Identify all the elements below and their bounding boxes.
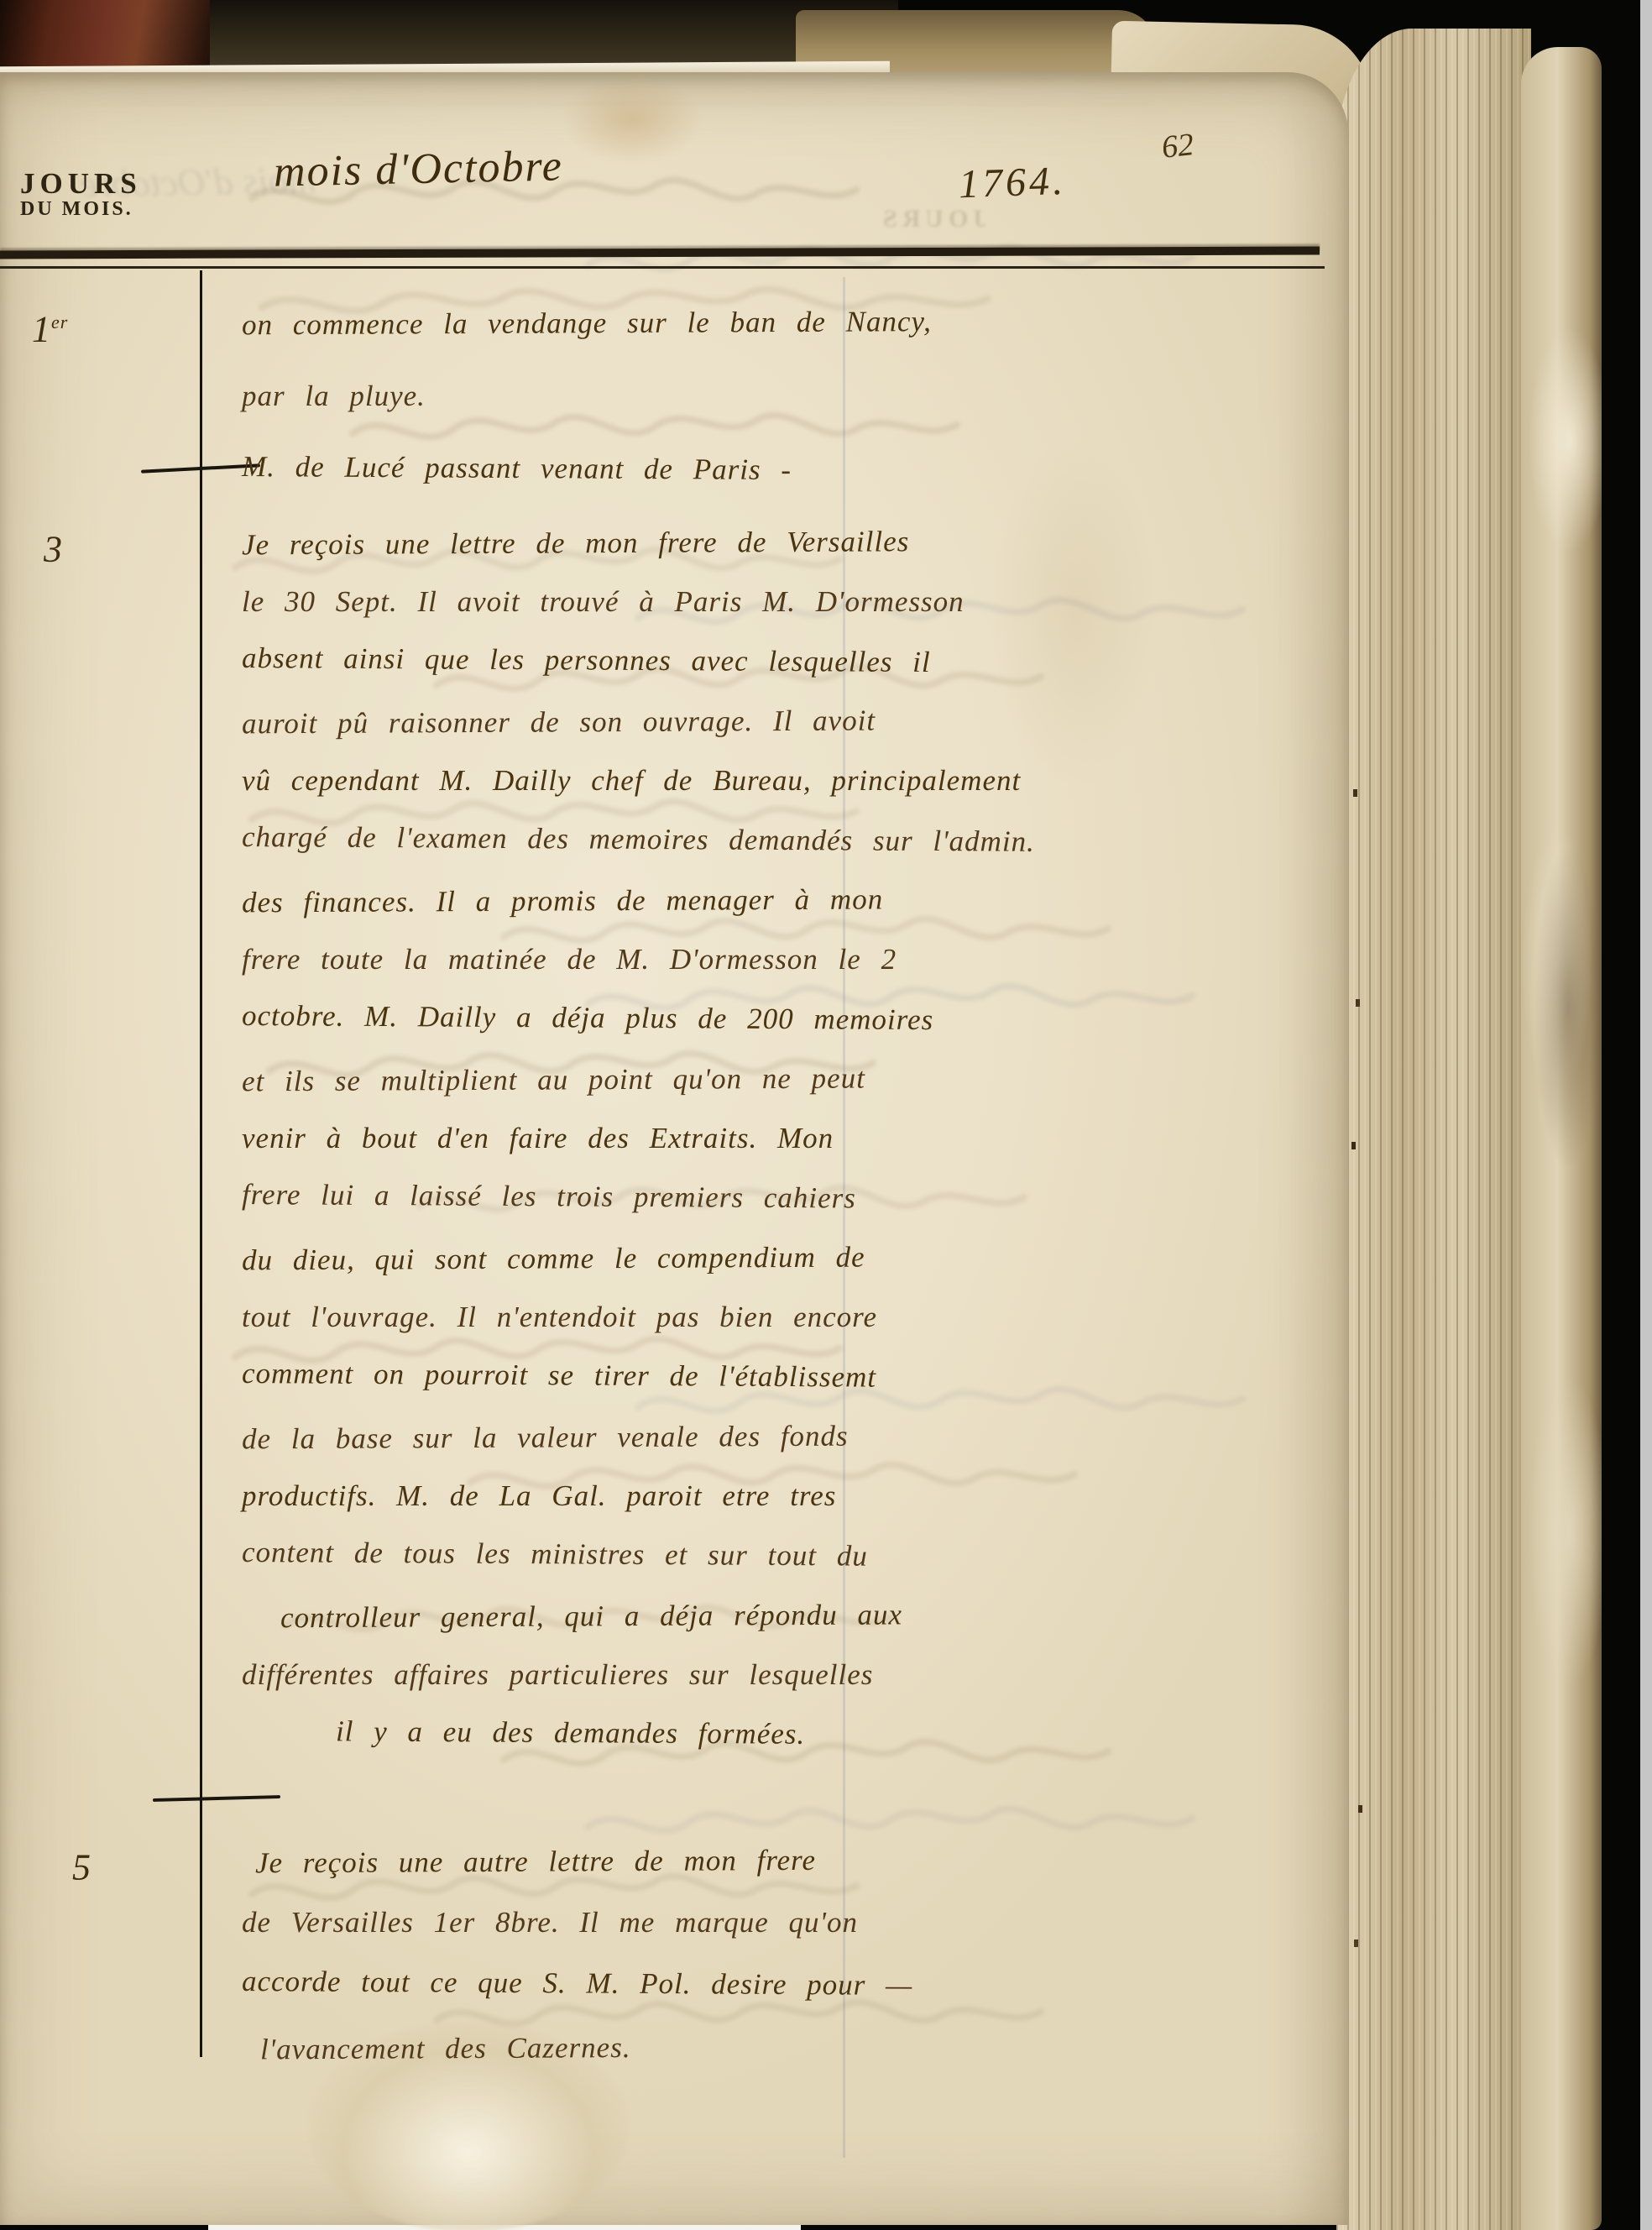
entry-text: Je reçois une autre lettre de mon frered… [201,1830,1335,2078]
printed-header: JOURS DU MOIS. [20,168,142,221]
entries: 1er on commence la vendange sur le ban d… [0,285,1335,2078]
fore-edge-shadow [1534,848,1602,1167]
manuscript-line: venir à bout d'en faire des Extraits. Mo… [242,1108,1335,1168]
manuscript-line: on commence la vendange sur le ban de Na… [242,283,1335,363]
manuscript-line: de Versailles 1er 8bre. Il me marque qu'… [242,1892,1335,1954]
manuscript-line: de la base sur la valeur venale des fond… [242,1404,1335,1469]
fore-edge-ink-marks [1353,789,1357,797]
manuscript-line: auroit pû raisonner de son ouvrage. Il a… [242,688,1335,754]
entry-text: Je reçois une lettre de mon frere de Ver… [201,512,1335,1764]
manuscript-line: le 30 Sept. Il avoit trouvé à Paris M. D… [242,572,1335,631]
manuscript-line: chargé de l'examen des memoires demandés… [242,807,1335,873]
scanner-edge-strip [1640,0,1652,2230]
manuscript-line: l'avancement des Cazernes. [260,2013,1335,2081]
printed-header-line1: JOURS [20,168,142,199]
manuscript-line: vû cependant M. Dailly chef de Bureau, p… [242,751,1335,810]
bleed-through-printed-header: JOURS [878,205,985,233]
manuscript-line: accorde tout ce que S. M. Pol. desire po… [242,1950,1335,2019]
manuscript-line: absent ainsi que les personnes avec lesq… [242,628,1335,694]
manuscript-line: Je reçois une lettre de mon frere de Ver… [242,510,1335,575]
manuscript-line: content de tous les ministres et sur tou… [242,1522,1335,1589]
month-title: mois d'Octobre [273,141,563,196]
manuscript-line: des finances. Il a promis de menager à m… [242,867,1335,933]
manuscript-line: du dieu, qui sont comme le compendium de [242,1225,1335,1290]
folio-number: 62 [1160,126,1195,166]
day-number: 5 [0,1830,201,1899]
diary-entry: 3 Je reçois une lettre de mon frere de V… [0,512,1335,1764]
manuscript-line: comment on pourroit se tirer de l'établi… [242,1343,1335,1410]
paper-stain [561,74,703,166]
manuscript-line: octobre. M. Dailly a déja plus de 200 me… [242,986,1335,1052]
manuscript-line: controlleur general, qui a déja répondu … [280,1583,1335,1648]
manuscript-line: frere toute la matinée de M. D'ormesson … [242,929,1335,989]
day-number: 3 [0,512,201,579]
manuscript-line: tout l'ouvrage. Il n'entendoit pas bien … [242,1287,1335,1347]
manuscript-line: différentes affaires particulieres sur l… [242,1645,1335,1704]
manuscript-scan: mois d'Octobre JOURS JOURS DU MOIS. mois… [0,0,1652,2230]
book-fore-edge [1336,29,1531,2230]
year-label: 1764. [958,158,1067,207]
book-cover-fragment [0,0,228,74]
diary-entry: 1er on commence la vendange sur le ban d… [0,285,1335,507]
day-number: 1er [0,285,201,367]
manuscript-line: par la pluye. [242,359,1335,433]
entry-text: on commence la vendange sur le ban de Na… [201,285,1335,507]
printed-header-line2: DU MOIS. [20,199,142,220]
manuscript-line: Je reçois une autre lettre de mon frere [255,1827,1335,1895]
manuscript-line: et ils se multiplient au point qu'on ne … [242,1046,1335,1112]
diary-entry: 5 Je reçois une autre lettre de mon frer… [0,1830,1335,2078]
manuscript-line: M. de Lucé passant venant de Paris - [242,430,1336,510]
manuscript-line: frere lui a laissé les trois premiers ca… [242,1165,1335,1231]
manuscript-line: productifs. M. de La Gal. paroit etre tr… [242,1466,1335,1526]
header-rule-thin [0,266,1325,269]
manuscript-line: il y a eu des demandes formées. [336,1701,1335,1767]
